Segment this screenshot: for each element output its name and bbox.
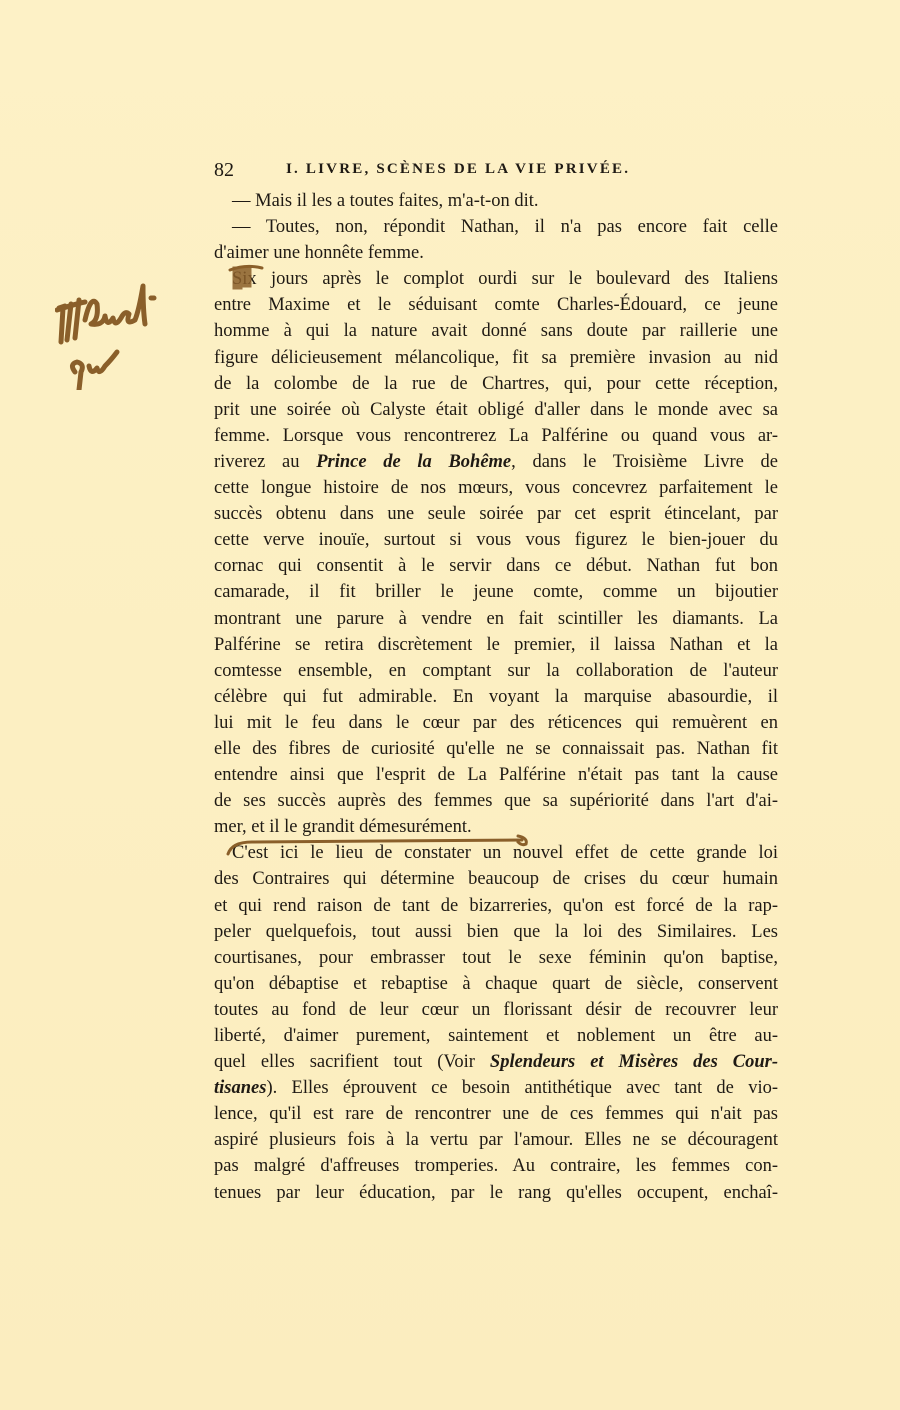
text-segment: quel elles sacrifient tout (Voir (214, 1052, 490, 1072)
italic-title: Splendeurs et Misères des Cour- (490, 1052, 778, 1072)
text-line: liberté, d'aimer purement, saintement et… (214, 1023, 778, 1049)
body-text: — Mais il les a toutes faites, m'a-t-on … (214, 188, 778, 1206)
text-line: cette verve inouïe, surtout si vous vous… (214, 527, 778, 553)
text-line: peler quelquefois, tout aussi bien que l… (214, 919, 778, 945)
text-line: figure délicieusement mélancolique, fit … (214, 345, 778, 371)
text-line: succès obtenu dans une seule soirée par … (214, 501, 778, 527)
text-line: cornac qui consentit à le servir dans ce… (214, 553, 778, 579)
text-line: lence, qu'il est rare de rencontrer une … (214, 1101, 778, 1127)
text-line: Palférine se retira discrètement le prem… (214, 632, 778, 658)
text-line: cette longue histoire de nos mœurs, vous… (214, 475, 778, 501)
running-head: I. LIVRE, SCÈNES DE LA VIE PRIVÉE. (286, 161, 630, 178)
text-segment: riverez au (214, 452, 316, 472)
correction-mark (228, 264, 264, 290)
book-page: 82 I. LIVRE, SCÈNES DE LA VIE PRIVÉE. — … (0, 0, 900, 1410)
text-line: célèbre qui fut admirable. En voyant la … (214, 684, 778, 710)
italic-title: Prince de la Bohême (316, 452, 511, 472)
text-line: — Toutes, non, répondit Nathan, il n'a p… (214, 214, 778, 240)
text-line: elle des fibres de curiosité qu'elle ne … (214, 736, 778, 762)
text-line: entendre ainsi que l'esprit de La Palfér… (214, 762, 778, 788)
text-line: homme à qui la nature avait donné sans d… (214, 318, 778, 344)
text-line: de ses succès auprès des femmes que sa s… (214, 788, 778, 814)
text-line: lui mit le feu dans le cœur par des réti… (214, 710, 778, 736)
text-line: montrant une parure à vendre en fait sci… (214, 606, 778, 632)
text-line: tenues par leur éducation, par le rang q… (214, 1180, 778, 1206)
text-line: courtisanes, pour embrasser tout le sexe… (214, 945, 778, 971)
text-line: quel elles sacrifient tout (Voir Splende… (214, 1049, 778, 1075)
handwritten-margin-note (55, 280, 195, 390)
text-line: des Contraires qui détermine beaucoup de… (214, 866, 778, 892)
text-line: toutes au fond de leur cœur un florissan… (214, 997, 778, 1023)
text-line: camarade, il fit briller le jeune comte,… (214, 579, 778, 605)
text-line: d'aimer une honnête femme. (214, 240, 778, 266)
page-header: 82 I. LIVRE, SCÈNES DE LA VIE PRIVÉE. (214, 159, 788, 185)
text-line: qu'on débaptise et rebaptise à chaque qu… (214, 971, 778, 997)
page-number: 82 (214, 159, 234, 182)
text-line: prit une soirée où Calyste était obligé … (214, 397, 778, 423)
text-line: pas malgré d'affreuses tromperies. Au co… (214, 1153, 778, 1179)
text-line: tisanes). Elles éprouvent ce besoin anti… (214, 1075, 778, 1101)
text-segment: ). Elles éprouvent ce besoin antithétiqu… (266, 1078, 778, 1098)
text-line: et qui rend raison de tant de bizarrerie… (214, 893, 778, 919)
text-line: entre Maxime et le séduisant comte Charl… (214, 292, 778, 318)
handwritten-underline (222, 832, 542, 858)
text-line: — Mais il les a toutes faites, m'a-t-on … (214, 188, 778, 214)
text-line: femme. Lorsque vous rencontrerez La Palf… (214, 423, 778, 449)
text-line: aspiré plusieurs fois à la vertu par l'a… (214, 1127, 778, 1153)
italic-title: tisanes (214, 1078, 266, 1098)
text-segment: , dans le Troisième Livre de (511, 452, 778, 472)
text-line: Six jours après le complot ourdi sur le … (214, 266, 778, 292)
text-line: de la colombe de la rue de Chartres, qui… (214, 371, 778, 397)
text-line: riverez au Prince de la Bohême, dans le … (214, 449, 778, 475)
text-line: comtesse ensemble, en comptant sur la co… (214, 658, 778, 684)
